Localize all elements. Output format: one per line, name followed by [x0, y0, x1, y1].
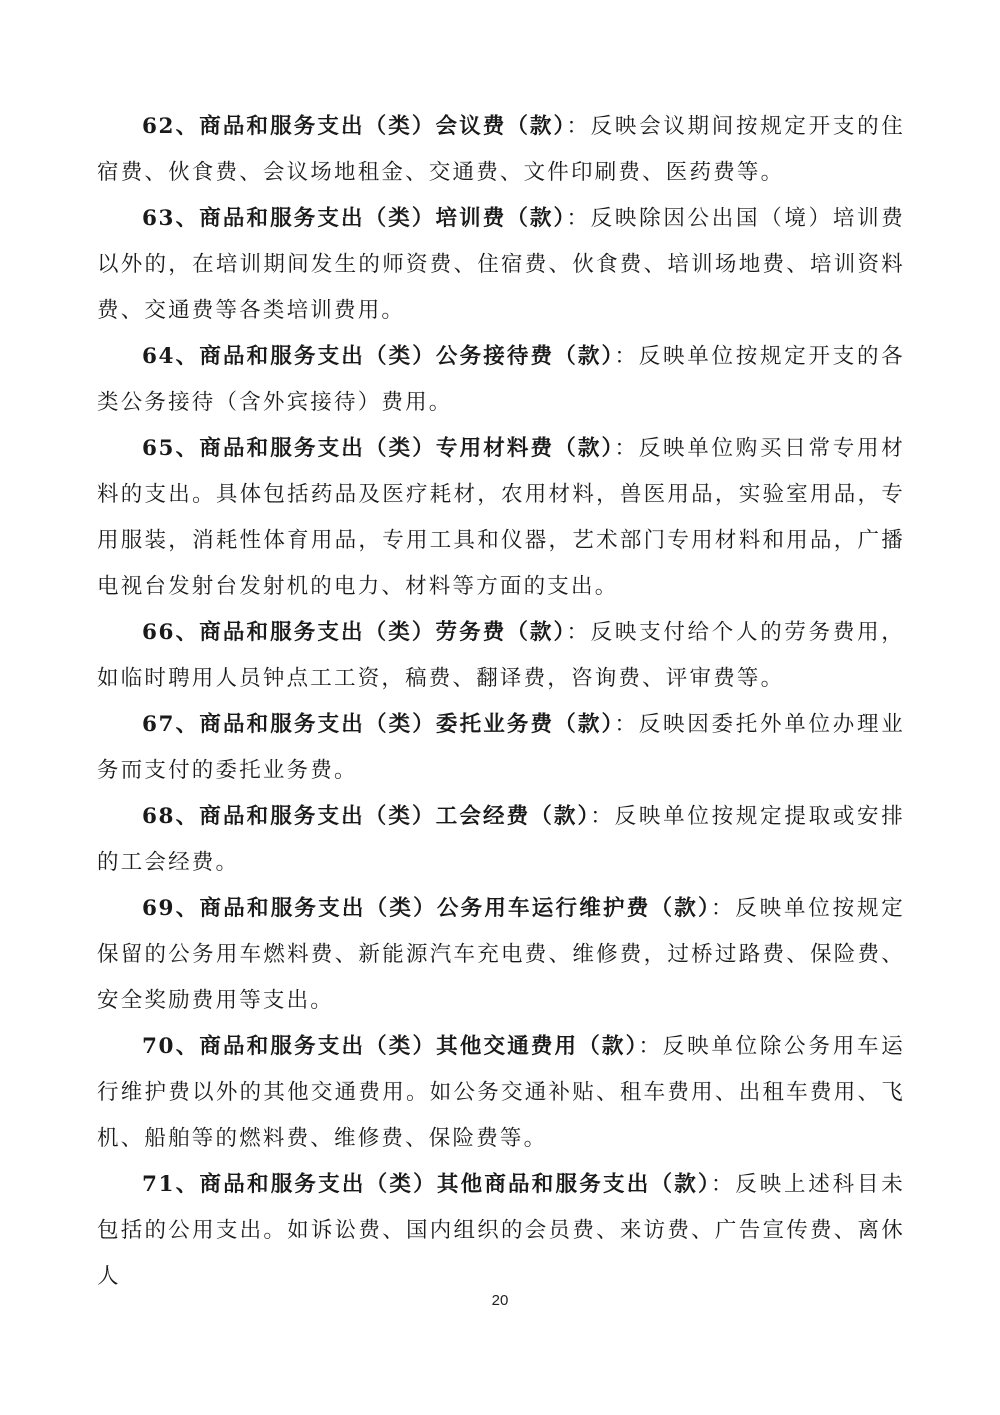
paragraph-66: 66、商品和服务支出（类）劳务费（款）：反映支付给个人的劳务费用，如临时聘用人员… [97, 610, 905, 702]
item-heading: 62、商品和服务支出（类）会议费（款） [142, 114, 566, 139]
item-heading: 68、商品和服务支出（类）工会经费（款） [142, 804, 590, 829]
item-heading: 65、商品和服务支出（类）专用材料费（款） [142, 436, 614, 461]
item-heading: 69、商品和服务支出（类）公务用车运行维护费（款） [142, 896, 711, 921]
document-body: 62、商品和服务支出（类）会议费（款）：反映会议期间按规定开支的住宿费、伙食费、… [97, 104, 905, 1300]
paragraph-62: 62、商品和服务支出（类）会议费（款）：反映会议期间按规定开支的住宿费、伙食费、… [97, 104, 905, 196]
item-heading: 70、商品和服务支出（类）其他交通费用（款） [142, 1034, 639, 1059]
item-heading: 67、商品和服务支出（类）委托业务费（款） [142, 712, 614, 737]
item-heading: 64、商品和服务支出（类）公务接待费（款） [142, 344, 614, 369]
paragraph-67: 67、商品和服务支出（类）委托业务费（款）：反映因委托外单位办理业务而支付的委托… [97, 702, 905, 794]
paragraph-70: 70、商品和服务支出（类）其他交通费用（款）：反映单位除公务用车运行维护费以外的… [97, 1024, 905, 1162]
item-heading: 66、商品和服务支出（类）劳务费（款） [142, 620, 566, 645]
paragraph-64: 64、商品和服务支出（类）公务接待费（款）：反映单位按规定开支的各类公务接待（含… [97, 334, 905, 426]
page-number: 20 [0, 1292, 1000, 1309]
paragraph-65: 65、商品和服务支出（类）专用材料费（款）：反映单位购买日常专用材料的支出。具体… [97, 426, 905, 610]
paragraph-69: 69、商品和服务支出（类）公务用车运行维护费（款）：反映单位按规定保留的公务用车… [97, 886, 905, 1024]
paragraph-71: 71、商品和服务支出（类）其他商品和服务支出（款）：反映上述科目未包括的公用支出… [97, 1162, 905, 1300]
item-heading: 71、商品和服务支出（类）其他商品和服务支出（款） [142, 1172, 711, 1197]
paragraph-63: 63、商品和服务支出（类）培训费（款）：反映除因公出国（境）培训费以外的，在培训… [97, 196, 905, 334]
paragraph-68: 68、商品和服务支出（类）工会经费（款）：反映单位按规定提取或安排的工会经费。 [97, 794, 905, 886]
item-heading: 63、商品和服务支出（类）培训费（款） [142, 206, 566, 231]
